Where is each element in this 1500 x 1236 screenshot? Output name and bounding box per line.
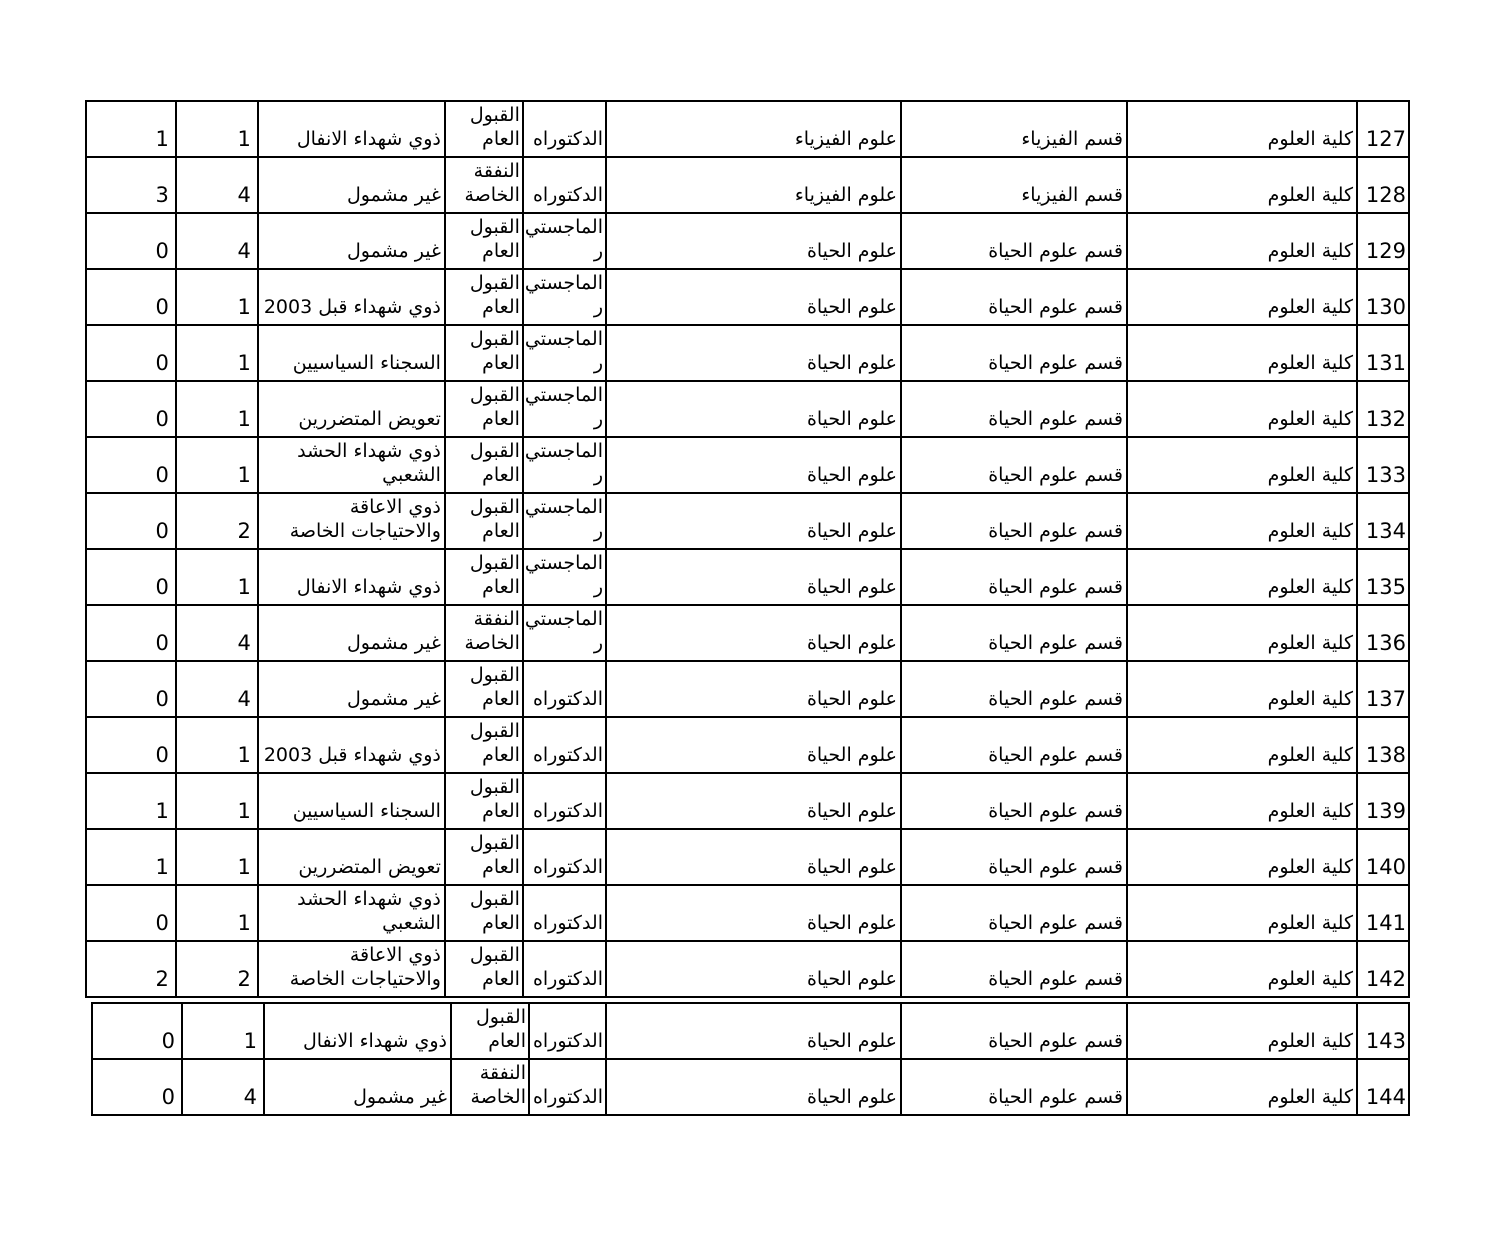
cell-accepted-count: 3 bbox=[86, 157, 176, 213]
cell-specialty: علوم الحياة bbox=[606, 941, 901, 997]
table-row: 143كلية العلومقسم علوم الحياةعلوم الحياة… bbox=[92, 1003, 1409, 1059]
cell-department: قسم علوم الحياة bbox=[901, 269, 1127, 325]
cell-specialty: علوم الحياة bbox=[606, 325, 901, 381]
cell-accepted-count: 1 bbox=[86, 829, 176, 885]
cell-plan-seats: 2 bbox=[176, 493, 258, 549]
cell-row-number: 130 bbox=[1357, 269, 1409, 325]
cell-admission-type: القبول العام bbox=[451, 1003, 529, 1059]
cell-category: ذوي شهداء الحشد الشعبي bbox=[258, 885, 445, 941]
cell-accepted-count: 0 bbox=[92, 1059, 182, 1115]
cell-accepted-count: 0 bbox=[86, 717, 176, 773]
cell-degree: الماجستي ر bbox=[523, 325, 606, 381]
cell-college: كلية العلوم bbox=[1127, 941, 1357, 997]
cell-category: ذوي الاعاقة والاحتياجات الخاصة bbox=[258, 493, 445, 549]
cell-admission-type: القبول العام bbox=[445, 717, 523, 773]
table-container: 127كلية العلومقسم الفيزياءعلوم الفيزياءا… bbox=[85, 100, 1410, 1116]
cell-accepted-count: 0 bbox=[86, 605, 176, 661]
cell-plan-seats: 1 bbox=[176, 885, 258, 941]
cell-degree: الماجستي ر bbox=[523, 493, 606, 549]
cell-department: قسم علوم الحياة bbox=[901, 717, 1127, 773]
cell-accepted-count: 0 bbox=[86, 325, 176, 381]
cell-accepted-count: 0 bbox=[86, 213, 176, 269]
cell-degree: الماجستي ر bbox=[523, 549, 606, 605]
cell-specialty: علوم الحياة bbox=[606, 437, 901, 493]
cell-category: السجناء السياسيين bbox=[258, 773, 445, 829]
cell-specialty: علوم الحياة bbox=[606, 269, 901, 325]
cell-college: كلية العلوم bbox=[1127, 773, 1357, 829]
table-row: 140كلية العلومقسم علوم الحياةعلوم الحياة… bbox=[86, 829, 1409, 885]
cell-plan-seats: 1 bbox=[176, 269, 258, 325]
cell-specialty: علوم الفيزياء bbox=[606, 157, 901, 213]
cell-department: قسم علوم الحياة bbox=[901, 549, 1127, 605]
cell-specialty: علوم الحياة bbox=[606, 1003, 901, 1059]
admission-table-segment-2: 143كلية العلومقسم علوم الحياةعلوم الحياة… bbox=[91, 1002, 1410, 1116]
cell-department: قسم علوم الحياة bbox=[901, 493, 1127, 549]
cell-college: كلية العلوم bbox=[1127, 269, 1357, 325]
cell-category: ذوي شهداء الانفال bbox=[258, 101, 445, 157]
cell-accepted-count: 1 bbox=[86, 773, 176, 829]
cell-department: قسم علوم الحياة bbox=[901, 605, 1127, 661]
cell-college: كلية العلوم bbox=[1127, 605, 1357, 661]
cell-admission-type: القبول العام bbox=[445, 325, 523, 381]
cell-row-number: 137 bbox=[1357, 661, 1409, 717]
cell-degree: الدكتوراه bbox=[523, 157, 606, 213]
cell-plan-seats: 4 bbox=[182, 1059, 264, 1115]
table-row: 141كلية العلومقسم علوم الحياةعلوم الحياة… bbox=[86, 885, 1409, 941]
cell-specialty: علوم الحياة bbox=[606, 1059, 901, 1115]
cell-degree: الماجستي ر bbox=[523, 437, 606, 493]
cell-row-number: 129 bbox=[1357, 213, 1409, 269]
cell-row-number: 132 bbox=[1357, 381, 1409, 437]
cell-accepted-count: 0 bbox=[86, 493, 176, 549]
cell-college: كلية العلوم bbox=[1127, 829, 1357, 885]
cell-degree: الدكتوراه bbox=[523, 661, 606, 717]
cell-college: كلية العلوم bbox=[1127, 325, 1357, 381]
cell-category: تعويض المتضررين bbox=[258, 381, 445, 437]
cell-college: كلية العلوم bbox=[1127, 549, 1357, 605]
cell-department: قسم علوم الحياة bbox=[901, 829, 1127, 885]
cell-category: ذوي شهداء الانفال bbox=[258, 549, 445, 605]
cell-row-number: 127 bbox=[1357, 101, 1409, 157]
cell-specialty: علوم الحياة bbox=[606, 381, 901, 437]
cell-accepted-count: 0 bbox=[86, 437, 176, 493]
cell-specialty: علوم الحياة bbox=[606, 661, 901, 717]
cell-plan-seats: 2 bbox=[176, 941, 258, 997]
table-row: 133كلية العلومقسم علوم الحياةعلوم الحياة… bbox=[86, 437, 1409, 493]
cell-admission-type: النفقة الخاصة bbox=[451, 1059, 529, 1115]
cell-college: كلية العلوم bbox=[1127, 1003, 1357, 1059]
cell-department: قسم علوم الحياة bbox=[901, 941, 1127, 997]
cell-college: كلية العلوم bbox=[1127, 101, 1357, 157]
cell-accepted-count: 0 bbox=[86, 269, 176, 325]
cell-specialty: علوم الحياة bbox=[606, 549, 901, 605]
cell-college: كلية العلوم bbox=[1127, 157, 1357, 213]
cell-category: غير مشمول bbox=[258, 157, 445, 213]
cell-admission-type: القبول العام bbox=[445, 661, 523, 717]
cell-specialty: علوم الحياة bbox=[606, 773, 901, 829]
cell-degree: الماجستي ر bbox=[523, 269, 606, 325]
cell-category: ذوي شهداء الحشد الشعبي bbox=[258, 437, 445, 493]
cell-admission-type: القبول العام bbox=[445, 437, 523, 493]
cell-row-number: 138 bbox=[1357, 717, 1409, 773]
cell-row-number: 140 bbox=[1357, 829, 1409, 885]
cell-admission-type: القبول العام bbox=[445, 493, 523, 549]
cell-plan-seats: 4 bbox=[176, 605, 258, 661]
cell-row-number: 144 bbox=[1357, 1059, 1409, 1115]
cell-category: تعويض المتضررين bbox=[258, 829, 445, 885]
cell-plan-seats: 4 bbox=[176, 661, 258, 717]
cell-degree: الماجستي ر bbox=[523, 213, 606, 269]
table-row: 144كلية العلومقسم علوم الحياةعلوم الحياة… bbox=[92, 1059, 1409, 1115]
cell-accepted-count: 0 bbox=[86, 549, 176, 605]
table-row: 137كلية العلومقسم علوم الحياةعلوم الحياة… bbox=[86, 661, 1409, 717]
table-row: 127كلية العلومقسم الفيزياءعلوم الفيزياءا… bbox=[86, 101, 1409, 157]
cell-degree: الدكتوراه bbox=[523, 101, 606, 157]
cell-category: غير مشمول bbox=[258, 605, 445, 661]
table-row: 132كلية العلومقسم علوم الحياةعلوم الحياة… bbox=[86, 381, 1409, 437]
cell-accepted-count: 2 bbox=[86, 941, 176, 997]
cell-plan-seats: 1 bbox=[176, 101, 258, 157]
cell-admission-type: النفقة الخاصة bbox=[445, 157, 523, 213]
cell-category: ذوي شهداء قبل 2003 bbox=[258, 717, 445, 773]
cell-college: كلية العلوم bbox=[1127, 437, 1357, 493]
cell-degree: الدكتوراه bbox=[529, 1003, 606, 1059]
admission-table-segment-1: 127كلية العلومقسم الفيزياءعلوم الفيزياءا… bbox=[85, 100, 1410, 998]
cell-accepted-count: 0 bbox=[86, 885, 176, 941]
cell-department: قسم علوم الحياة bbox=[901, 325, 1127, 381]
cell-category: غير مشمول bbox=[258, 661, 445, 717]
cell-admission-type: القبول العام bbox=[445, 829, 523, 885]
cell-degree: الدكتوراه bbox=[523, 773, 606, 829]
cell-department: قسم علوم الحياة bbox=[901, 661, 1127, 717]
cell-degree: الدكتوراه bbox=[523, 829, 606, 885]
table-row: 134كلية العلومقسم علوم الحياةعلوم الحياة… bbox=[86, 493, 1409, 549]
cell-degree: الماجستي ر bbox=[523, 381, 606, 437]
cell-plan-seats: 1 bbox=[176, 437, 258, 493]
cell-specialty: علوم الحياة bbox=[606, 493, 901, 549]
cell-plan-seats: 1 bbox=[176, 829, 258, 885]
cell-row-number: 141 bbox=[1357, 885, 1409, 941]
cell-accepted-count: 0 bbox=[92, 1003, 182, 1059]
table-row: 138كلية العلومقسم علوم الحياةعلوم الحياة… bbox=[86, 717, 1409, 773]
cell-category: غير مشمول bbox=[264, 1059, 451, 1115]
cell-plan-seats: 1 bbox=[176, 773, 258, 829]
cell-department: قسم علوم الحياة bbox=[901, 437, 1127, 493]
cell-category: ذوي الاعاقة والاحتياجات الخاصة bbox=[258, 941, 445, 997]
cell-degree: الدكتوراه bbox=[523, 941, 606, 997]
cell-plan-seats: 1 bbox=[176, 325, 258, 381]
cell-accepted-count: 0 bbox=[86, 661, 176, 717]
table-row: 136كلية العلومقسم علوم الحياةعلوم الحياة… bbox=[86, 605, 1409, 661]
table-row: 142كلية العلومقسم علوم الحياةعلوم الحياة… bbox=[86, 941, 1409, 997]
cell-degree: الدكتوراه bbox=[523, 885, 606, 941]
table-row: 128كلية العلومقسم الفيزياءعلوم الفيزياءا… bbox=[86, 157, 1409, 213]
cell-degree: الدكتوراه bbox=[529, 1059, 606, 1115]
cell-plan-seats: 1 bbox=[176, 717, 258, 773]
cell-row-number: 136 bbox=[1357, 605, 1409, 661]
cell-college: كلية العلوم bbox=[1127, 493, 1357, 549]
cell-plan-seats: 1 bbox=[176, 381, 258, 437]
table-row: 129كلية العلومقسم علوم الحياةعلوم الحياة… bbox=[86, 213, 1409, 269]
cell-department: قسم علوم الحياة bbox=[901, 885, 1127, 941]
table-row: 135كلية العلومقسم علوم الحياةعلوم الحياة… bbox=[86, 549, 1409, 605]
cell-plan-seats: 1 bbox=[182, 1003, 264, 1059]
cell-department: قسم علوم الحياة bbox=[901, 381, 1127, 437]
cell-department: قسم علوم الحياة bbox=[901, 1059, 1127, 1115]
cell-admission-type: القبول العام bbox=[445, 549, 523, 605]
cell-category: السجناء السياسيين bbox=[258, 325, 445, 381]
cell-row-number: 131 bbox=[1357, 325, 1409, 381]
cell-admission-type: القبول العام bbox=[445, 101, 523, 157]
cell-college: كلية العلوم bbox=[1127, 661, 1357, 717]
cell-accepted-count: 0 bbox=[86, 381, 176, 437]
cell-degree: الدكتوراه bbox=[523, 717, 606, 773]
cell-row-number: 135 bbox=[1357, 549, 1409, 605]
cell-college: كلية العلوم bbox=[1127, 717, 1357, 773]
cell-degree: الماجستي ر bbox=[523, 605, 606, 661]
cell-college: كلية العلوم bbox=[1127, 213, 1357, 269]
cell-admission-type: النفقة الخاصة bbox=[445, 605, 523, 661]
cell-row-number: 143 bbox=[1357, 1003, 1409, 1059]
cell-specialty: علوم الحياة bbox=[606, 885, 901, 941]
table-row: 139كلية العلومقسم علوم الحياةعلوم الحياة… bbox=[86, 773, 1409, 829]
cell-admission-type: القبول العام bbox=[445, 213, 523, 269]
cell-row-number: 134 bbox=[1357, 493, 1409, 549]
table-row: 131كلية العلومقسم علوم الحياةعلوم الحياة… bbox=[86, 325, 1409, 381]
cell-row-number: 139 bbox=[1357, 773, 1409, 829]
cell-category: غير مشمول bbox=[258, 213, 445, 269]
cell-plan-seats: 1 bbox=[176, 549, 258, 605]
cell-admission-type: القبول العام bbox=[445, 269, 523, 325]
cell-plan-seats: 4 bbox=[176, 157, 258, 213]
cell-specialty: علوم الحياة bbox=[606, 213, 901, 269]
cell-accepted-count: 1 bbox=[86, 101, 176, 157]
cell-specialty: علوم الفيزياء bbox=[606, 101, 901, 157]
cell-admission-type: القبول العام bbox=[445, 885, 523, 941]
cell-plan-seats: 4 bbox=[176, 213, 258, 269]
cell-specialty: علوم الحياة bbox=[606, 717, 901, 773]
cell-college: كلية العلوم bbox=[1127, 885, 1357, 941]
cell-college: كلية العلوم bbox=[1127, 1059, 1357, 1115]
cell-admission-type: القبول العام bbox=[445, 381, 523, 437]
cell-department: قسم علوم الحياة bbox=[901, 773, 1127, 829]
cell-college: كلية العلوم bbox=[1127, 381, 1357, 437]
cell-department: قسم علوم الحياة bbox=[901, 1003, 1127, 1059]
cell-specialty: علوم الحياة bbox=[606, 829, 901, 885]
cell-department: قسم الفيزياء bbox=[901, 157, 1127, 213]
cell-row-number: 128 bbox=[1357, 157, 1409, 213]
cell-department: قسم الفيزياء bbox=[901, 101, 1127, 157]
cell-admission-type: القبول العام bbox=[445, 773, 523, 829]
cell-row-number: 133 bbox=[1357, 437, 1409, 493]
cell-category: ذوي شهداء قبل 2003 bbox=[258, 269, 445, 325]
cell-specialty: علوم الحياة bbox=[606, 605, 901, 661]
table-row: 130كلية العلومقسم علوم الحياةعلوم الحياة… bbox=[86, 269, 1409, 325]
cell-admission-type: القبول العام bbox=[445, 941, 523, 997]
cell-row-number: 142 bbox=[1357, 941, 1409, 997]
cell-department: قسم علوم الحياة bbox=[901, 213, 1127, 269]
cell-category: ذوي شهداء الانفال bbox=[264, 1003, 451, 1059]
